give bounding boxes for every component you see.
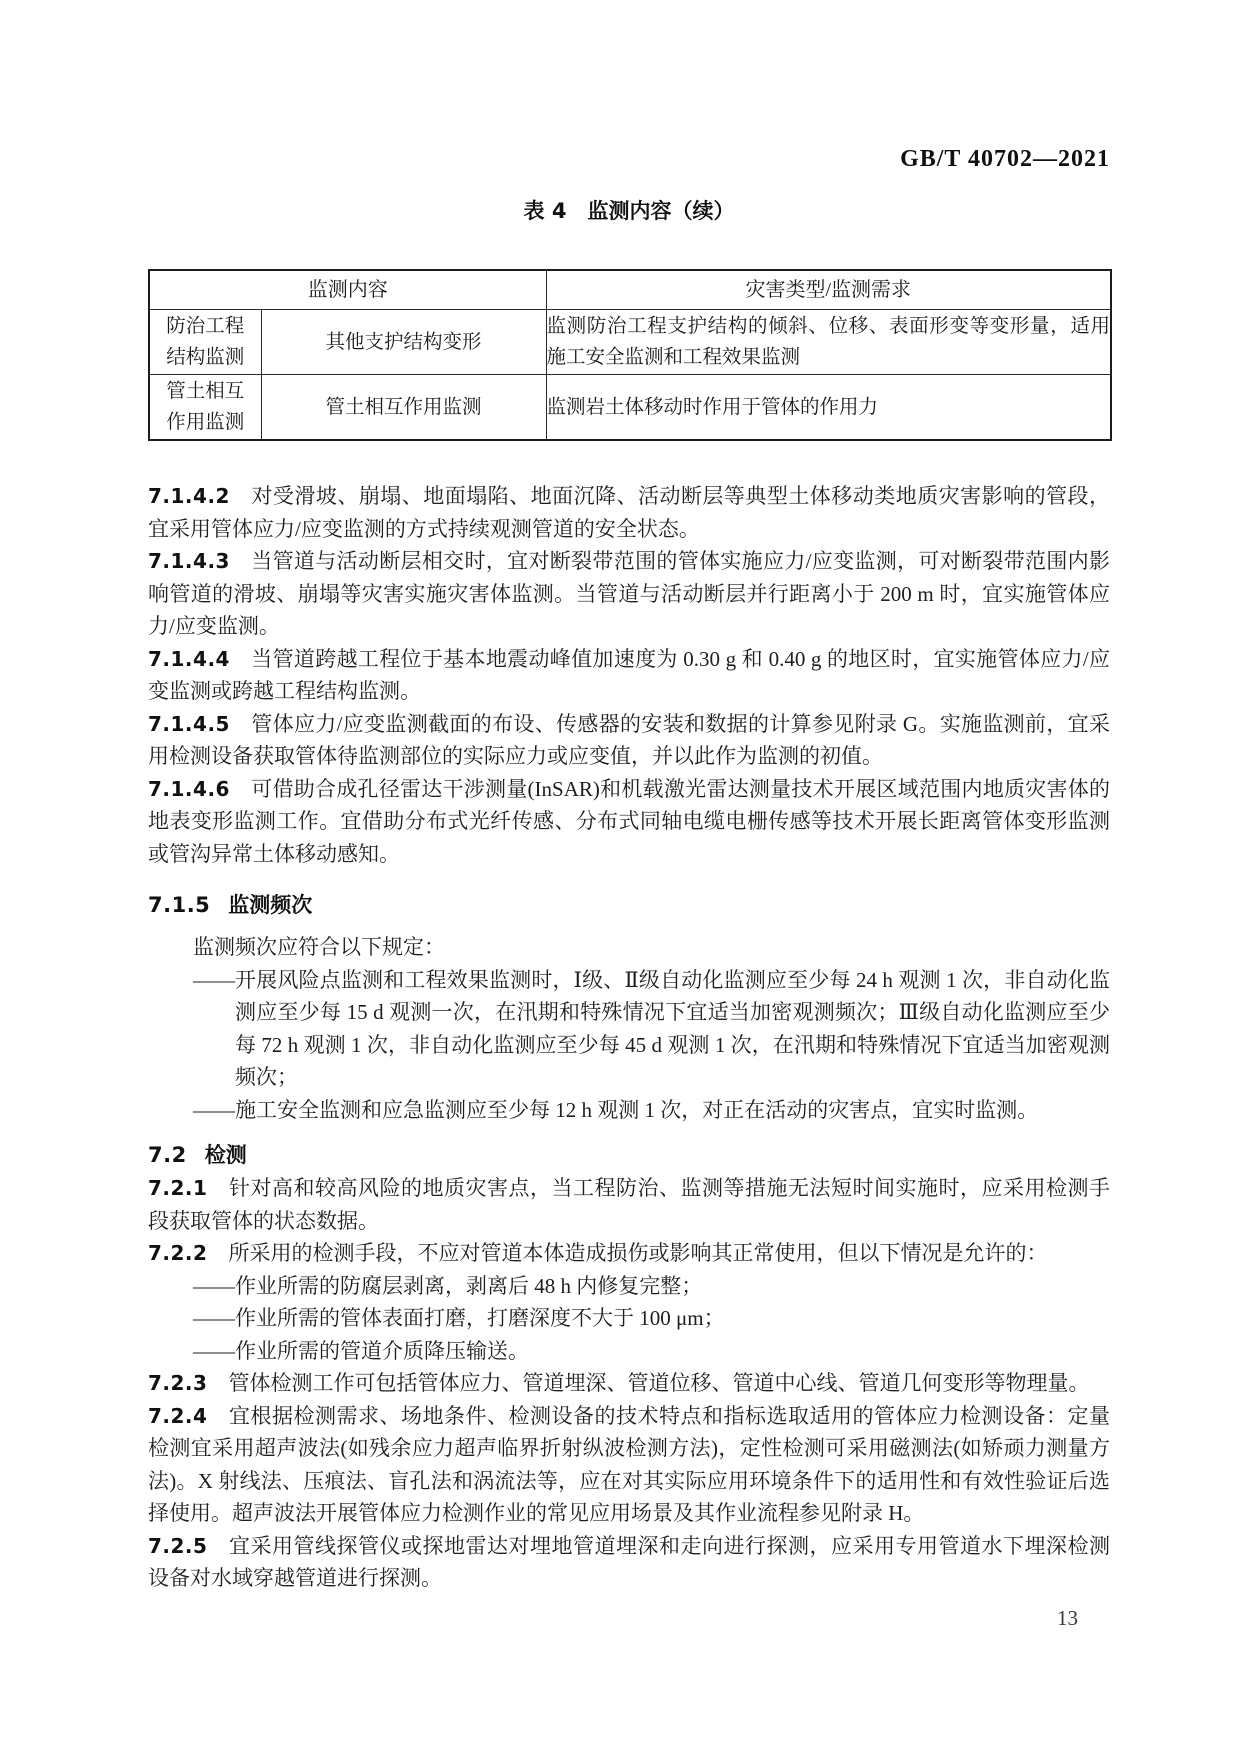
clause-7-2-5: 7.2.5宜采用管线探管仪或探地雷达对埋地管道埋深和走向进行探测，应采用专用管道… bbox=[148, 1530, 1110, 1595]
clause-7-2-1: 7.2.1针对高和较高风险的地质灾害点，当工程防治、监测等措施无法短时间实施时，… bbox=[148, 1172, 1110, 1237]
clause-7-2-2: 7.2.2所采用的检测手段，不应对管道本体造成损伤或影响其正常使用，但以下情况是… bbox=[148, 1237, 1110, 1270]
dash-marker: —— bbox=[193, 1302, 235, 1335]
document-page: GB/T 40702—2021 表 4 监测内容（续） 监测内容 灾害类型/监测… bbox=[0, 0, 1241, 1754]
page-number: 13 bbox=[148, 1603, 1110, 1633]
category-line: 防治工程 bbox=[150, 311, 261, 342]
page-content: GB/T 40702—2021 表 4 监测内容（续） 监测内容 灾害类型/监测… bbox=[148, 0, 1110, 1633]
clause-text: 管体检测工作可包括管体应力、管道埋深、管道位移、管道中心线、管道几何变形等物理量… bbox=[228, 1371, 1089, 1395]
heading-number: 7.2 bbox=[148, 1143, 187, 1167]
category-line: 结构监测 bbox=[150, 342, 261, 373]
clause-7-1-4-4: 7.1.4.4当管道跨越工程位于基本地震动峰值加速度为 0.30 g 和 0.4… bbox=[148, 643, 1110, 708]
clause-number: 7.2.1 bbox=[148, 1176, 207, 1200]
clause-7-2-4: 7.2.4宜根据检测需求、场地条件、检测设备的技术特点和指标选取适用的管体应力检… bbox=[148, 1400, 1110, 1530]
section-heading-7-2: 7.2检测 bbox=[148, 1139, 1110, 1172]
clause-number: 7.2.2 bbox=[148, 1241, 207, 1265]
heading-number: 7.1.5 bbox=[148, 893, 210, 917]
table-caption: 表 4 监测内容（续） bbox=[148, 196, 1110, 226]
list-item-text: 作业所需的管道介质降压输送。 bbox=[235, 1335, 1110, 1368]
frequency-list-item: —— 开展风险点监测和工程效果监测时，Ⅰ级、Ⅱ级自动化监测应至少每 24 h 观… bbox=[148, 964, 1110, 1094]
table-header-disaster-type: 灾害类型/监测需求 bbox=[546, 270, 1111, 310]
clause-number: 7.1.4.3 bbox=[148, 549, 230, 573]
clause-number: 7.1.4.2 bbox=[148, 484, 230, 508]
table-header-row: 监测内容 灾害类型/监测需求 bbox=[149, 270, 1111, 310]
clause-text: 可借助合成孔径雷达干涉测量(InSAR)和机载激光雷达测量技术开展区域范围内地质… bbox=[148, 777, 1110, 866]
desc-cell: 监测防治工程支护结构的倾斜、位移、表面形变等变形量，适用施工安全监测和工程效果监… bbox=[546, 310, 1111, 375]
clause-text: 管体应力/应变监测截面的布设、传感器的安装和数据的计算参见附录 G。实施监测前，… bbox=[148, 712, 1110, 769]
clause-7-1-4-5: 7.1.4.5管体应力/应变监测截面的布设、传感器的安装和数据的计算参见附录 G… bbox=[148, 708, 1110, 773]
clause-7-1-4-6: 7.1.4.6可借助合成孔径雷达干涉测量(InSAR)和机载激光雷达测量技术开展… bbox=[148, 773, 1110, 871]
clause-7-2-3: 7.2.3管体检测工作可包括管体应力、管道埋深、管道位移、管道中心线、管道几何变… bbox=[148, 1367, 1110, 1400]
item-cell: 其他支护结构变形 bbox=[261, 310, 546, 375]
category-line: 作用监测 bbox=[150, 407, 261, 438]
clause-text: 对受滑坡、崩塌、地面塌陷、地面沉降、活动断层等典型土体移动类地质灾害影响的管段，… bbox=[148, 484, 1110, 541]
table-header-monitoring-content: 监测内容 bbox=[149, 270, 546, 310]
desc-cell: 监测岩土体移动时作用于管体的作用力 bbox=[546, 375, 1111, 441]
clause-number: 7.2.4 bbox=[148, 1404, 207, 1428]
table-row: 管土相互 作用监测 管土相互作用监测 监测岩土体移动时作用于管体的作用力 bbox=[149, 375, 1111, 441]
monitoring-table: 监测内容 灾害类型/监测需求 防治工程 结构监测 其他支护结构变形 监测防治工程… bbox=[148, 269, 1112, 441]
dash-marker: —— bbox=[193, 964, 235, 1094]
clause-text: 所采用的检测手段，不应对管道本体造成损伤或影响其正常使用，但以下情况是允许的： bbox=[228, 1241, 1047, 1265]
dash-marker: —— bbox=[193, 1094, 235, 1127]
list-item-text: 作业所需的防腐层剥离，剥离后 48 h 内修复完整； bbox=[235, 1270, 1110, 1303]
clause-7-1-4-2: 7.1.4.2对受滑坡、崩塌、地面塌陷、地面沉降、活动断层等典型土体移动类地质灾… bbox=[148, 480, 1110, 545]
category-cell: 管土相互 作用监测 bbox=[149, 375, 261, 441]
list-item-text: 施工安全监测和应急监测应至少每 12 h 观测 1 次，对正在活动的灾害点，宜实… bbox=[235, 1094, 1110, 1127]
dash-marker: —— bbox=[193, 1335, 235, 1368]
clause-text: 宜采用管线探管仪或探地雷达对埋地管道埋深和走向进行探测，应采用专用管道水下埋深检… bbox=[148, 1534, 1110, 1591]
frequency-list-item: —— 施工安全监测和应急监测应至少每 12 h 观测 1 次，对正在活动的灾害点… bbox=[148, 1094, 1110, 1127]
item-cell: 管土相互作用监测 bbox=[261, 375, 546, 441]
clause-number: 7.1.4.4 bbox=[148, 647, 230, 671]
table-row: 防治工程 结构监测 其他支护结构变形 监测防治工程支护结构的倾斜、位移、表面形变… bbox=[149, 310, 1111, 375]
dash-marker: —— bbox=[193, 1270, 235, 1303]
allowed-case-item: —— 作业所需的管体表面打磨，打磨深度不大于 100 μm； bbox=[148, 1302, 1110, 1335]
clause-number: 7.1.4.5 bbox=[148, 712, 230, 736]
body-text: 7.1.4.2对受滑坡、崩塌、地面塌陷、地面沉降、活动断层等典型土体移动类地质灾… bbox=[148, 480, 1110, 1633]
clause-text: 宜根据检测需求、场地条件、检测设备的技术特点和指标选取适用的管体应力检测设备：定… bbox=[148, 1404, 1110, 1526]
category-cell: 防治工程 结构监测 bbox=[149, 310, 261, 375]
heading-title: 检测 bbox=[205, 1143, 247, 1167]
clause-text: 当管道与活动断层相交时，宜对断裂带范围的管体实施应力/应变监测，可对断裂带范围内… bbox=[148, 549, 1110, 638]
allowed-case-item: —— 作业所需的防腐层剥离，剥离后 48 h 内修复完整； bbox=[148, 1270, 1110, 1303]
standard-code: GB/T 40702—2021 bbox=[148, 0, 1110, 173]
frequency-intro: 监测频次应符合以下规定： bbox=[148, 931, 1110, 964]
clause-number: 7.2.3 bbox=[148, 1371, 207, 1395]
heading-title: 监测频次 bbox=[228, 893, 312, 917]
clause-7-1-4-3: 7.1.4.3当管道与活动断层相交时，宜对断裂带范围的管体实施应力/应变监测，可… bbox=[148, 545, 1110, 643]
category-line: 管土相互 bbox=[150, 376, 261, 407]
allowed-case-item: —— 作业所需的管道介质降压输送。 bbox=[148, 1335, 1110, 1368]
clause-text: 针对高和较高风险的地质灾害点，当工程防治、监测等措施无法短时间实施时，应采用检测… bbox=[148, 1176, 1110, 1233]
list-item-text: 作业所需的管体表面打磨，打磨深度不大于 100 μm； bbox=[235, 1302, 1110, 1335]
clause-number: 7.2.5 bbox=[148, 1534, 207, 1558]
clause-text: 当管道跨越工程位于基本地震动峰值加速度为 0.30 g 和 0.40 g 的地区… bbox=[148, 647, 1110, 704]
clause-number: 7.1.4.6 bbox=[148, 777, 230, 801]
section-heading-7-1-5: 7.1.5监测频次 bbox=[148, 889, 1110, 922]
list-item-text: 开展风险点监测和工程效果监测时，Ⅰ级、Ⅱ级自动化监测应至少每 24 h 观测 1… bbox=[235, 964, 1110, 1094]
